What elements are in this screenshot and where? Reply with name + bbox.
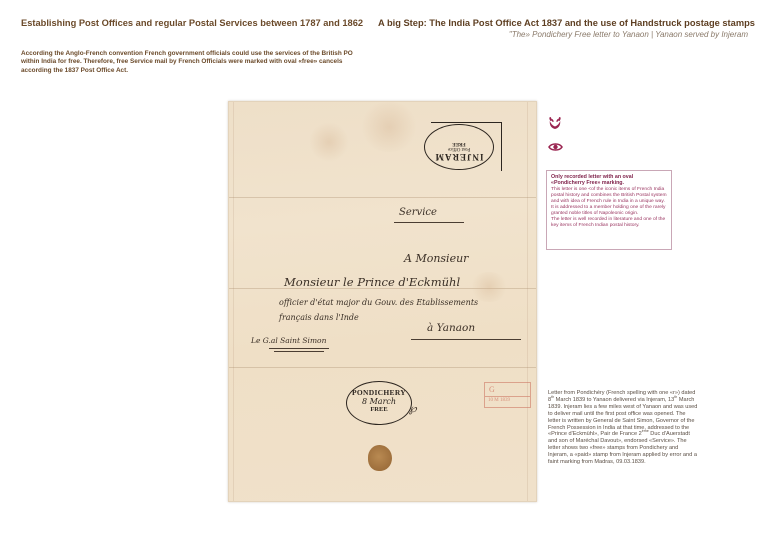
injeram-free-stamp: INJERAM Post Office FREE [424,124,494,170]
section-title: Establishing Post Offices and regular Po… [21,18,371,28]
laurel-wreath-icon [548,116,562,135]
pondichery-free-stamp: PONDICHERY 8 March FREE [346,381,412,425]
caption-sup: ème [642,430,649,434]
stamp-text: Post Office [425,146,493,151]
letter-cover-image: INJERAM Post Office FREE Service A Monsi… [228,101,537,502]
stamp-text: G [485,383,530,397]
handwriting-service: Service [399,207,437,218]
letter-caption: Letter from Pondichéry (French spelling … [548,390,698,466]
handwriting-destination: à Yanaon [427,322,475,334]
handwriting-line4: français dans l'Inde [279,313,359,322]
stamp-text: FREE [425,141,493,146]
note-body-2: The letter is well recorded in literatur… [551,217,668,229]
note-body: This letter is one <of the iconic items … [551,187,668,217]
stamp-text: INJERAM [425,152,493,162]
handwriting-signature: Le G.al Saint Simon [251,336,326,345]
wax-seal [368,445,392,471]
handwriting-addressee: Monsieur le Prince d'Eckmühl [284,275,460,289]
stamp-text: 10 M 1839 [485,397,530,404]
highlight-note: Only recorded letter with an oval «Pondi… [546,170,672,250]
page-title: A big Step: The India Post Office Act 18… [378,18,753,28]
eye-icon [548,139,563,157]
section-intro: According the Anglo-French convention Fr… [21,50,371,75]
stamp-text: PONDICHERY [347,388,411,397]
page-subtitle: "The» Pondichery Free letter to Yanaon |… [509,30,748,39]
caption-text: March 1839 to Yanaon delivered via Injer… [554,397,674,403]
stamp-text: 8 March [347,397,411,406]
note-title: Only recorded letter with an oval «Pondi… [551,174,668,187]
handwriting-line3: officier d'état major du Gouv. des Etabl… [279,298,478,307]
injeram-paid-stamp: G 10 M 1839 [484,382,531,408]
handwriting-a-monsieur: A Monsieur [404,252,468,265]
stamp-text: FREE [347,406,411,413]
handwriting-mark: ℘ [409,402,417,415]
